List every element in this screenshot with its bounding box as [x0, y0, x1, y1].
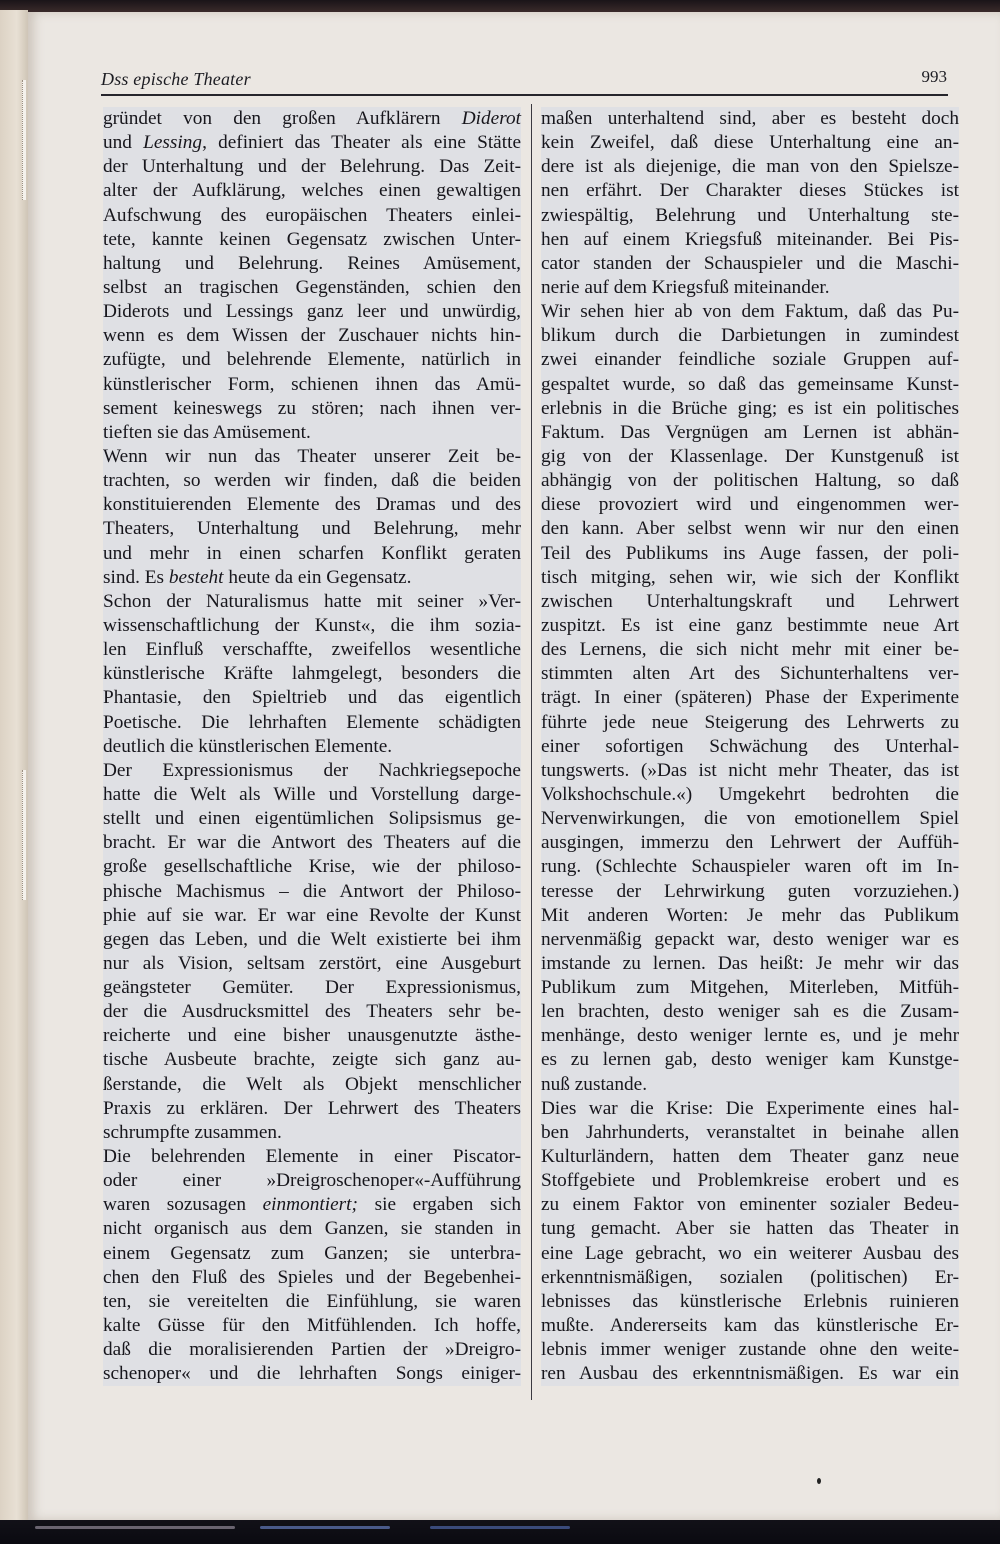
text-line: konstituierenden Elemente des Dramas und… [103, 493, 521, 517]
text-run: tisch mitging, sehen wir, wie sich der K… [541, 567, 959, 588]
text-line: tische Ausbeute brachte, zeigte sich gan… [103, 1048, 521, 1072]
paper-speck [817, 1478, 821, 1484]
text-run: zuspitzt. Es ist eine ganz bestimmte neu… [541, 615, 959, 636]
text-run: selbst an tragischen Gegenständen, schie… [103, 277, 521, 298]
text-line: len Einfluß verschaffte, zweifellos wese… [103, 638, 521, 662]
text-line: gig von der Klassenlage. Der Kunstgenuß … [541, 445, 959, 469]
text-line: Theaters, Unterhaltung und Belehrung, me… [103, 517, 521, 541]
italic-emphasis: besteht [169, 567, 224, 588]
text-run: menhänge, desto weniger lernte es, und j… [541, 1025, 959, 1046]
italic-emphasis: Diderot [462, 108, 521, 129]
text-line: gründet von den großen Aufklärern Didero… [103, 107, 521, 131]
text-run: schrumpfte zusammen. [103, 1122, 282, 1143]
text-run: stellt und einen eigentümlichen Solipsis… [103, 808, 521, 829]
text-line: schrumpfte zusammen. [103, 1121, 521, 1145]
text-line: reicherte und eine bisher unausgenutzte … [103, 1024, 521, 1048]
text-line: alter der Aufklärung, welches einen gewa… [103, 179, 521, 203]
text-run: zwischen Unterhaltungskraft und Lehrwert [541, 591, 959, 612]
text-run: tungswerts. (»Das ist nicht mehr Theater… [541, 760, 959, 781]
text-run: heute da ein Gegensatz. [224, 567, 412, 588]
text-column-right: maßen unterhaltend sind, aber es besteht… [541, 107, 959, 1386]
text-run: chen den Fluß des Spieles und der Begebe… [103, 1267, 521, 1288]
text-run: große gesellschaftliche Krise, wie der p… [103, 856, 521, 877]
text-run: lebnis immer weniger zustande ohne den w… [541, 1339, 959, 1360]
text-line: Stoffgebiete und Problemkreise erobert u… [541, 1169, 959, 1193]
text-run: nur als Vision, seltsam zerstört, eine A… [103, 953, 521, 974]
text-run: einem Gegensatz zum Ganzen; sie unterbra… [103, 1243, 521, 1264]
text-line: der die Ausdrucksmittel des Theaters seh… [103, 1000, 521, 1024]
text-line: trachten, so werden wir finden, daß die … [103, 469, 521, 493]
text-line: künstlerischer Form, schienen ihnen das … [103, 373, 521, 397]
text-line: nervenmäßig gepackt war, desto weniger w… [541, 928, 959, 952]
edge-reflection [430, 1526, 570, 1529]
text-line: blikum durch die Darbietungen in zuminde… [541, 324, 959, 348]
text-run: len brachten, desto weniger sah es die Z… [541, 1001, 959, 1022]
text-run: Nervenwirkungen, die von emotionellem Sp… [541, 808, 959, 829]
text-run: reicherte und eine bisher unausgenutzte … [103, 1025, 521, 1046]
text-run: führte jede neue Steigerung des Lehrwert… [541, 712, 959, 733]
text-run: erkenntnismäßigen, sozialen (politischen… [541, 1267, 959, 1288]
text-line: kalte Güsse für den Mitfühlenden. Ich ho… [103, 1314, 521, 1338]
text-line: tung gemacht. Aber sie hatten das Theate… [541, 1217, 959, 1241]
text-line: Der Expressionismus der Nachkriegsepoche [103, 759, 521, 783]
text-run: den kann. Aber selbst wenn wir nur den e… [541, 518, 959, 539]
text-line: Nervenwirkungen, die von emotionellem Sp… [541, 807, 959, 831]
text-run: nervenmäßig gepackt war, desto weniger w… [541, 929, 959, 950]
text-run: oder einer »Dreigroschenoper«-Aufführung [103, 1170, 521, 1191]
text-run: , definiert das Theater als eine Stätte [202, 132, 521, 153]
text-line: Poetische. Die lehrhaften Elemente schäd… [103, 711, 521, 735]
text-run: phie auf sie war. Er war eine Revolte de… [103, 905, 521, 926]
text-run: Theaters, Unterhaltung und Belehrung, me… [103, 518, 521, 539]
text-line: Die belehrenden Elemente in einer Piscat… [103, 1145, 521, 1169]
text-run: hen auf einem Kriegsfuß miteinander. Bei… [541, 229, 959, 250]
text-run: ben Jahrhunderts, veranstaltet in beinah… [541, 1122, 959, 1143]
text-line: abhängig von der politischen Haltung, so… [541, 469, 959, 493]
text-run: geängsteter Gemüter. Der Expressionismus… [103, 977, 521, 998]
text-run: deutlich die künstlerischen Elemente. [103, 736, 392, 757]
text-run: der die Ausdrucksmittel des Theaters seh… [103, 1001, 521, 1022]
text-line: Diderots und Lessings ganz leer und unwü… [103, 300, 521, 324]
text-line: geängsteter Gemüter. Der Expressionismus… [103, 976, 521, 1000]
text-line: Volkshochschule.«) Umgekehrt bedrohten d… [541, 783, 959, 807]
text-run: waren sozusagen [103, 1194, 263, 1215]
text-run: Poetische. Die lehrhaften Elemente schäd… [103, 712, 521, 733]
text-run: bracht. Er war die Antwort des Theaters … [103, 832, 521, 853]
header-rule [101, 94, 948, 96]
text-line: hen auf einem Kriegsfuß miteinander. Bei… [541, 228, 959, 252]
text-line: sement keineswegs zu stören; nach ihnen … [103, 397, 521, 421]
text-line: daß die moralisierenden Partien der »Dre… [103, 1338, 521, 1362]
running-title: Dss epische Theater [101, 69, 251, 90]
italic-emphasis: Lessing [143, 132, 202, 153]
text-run: eine Lage gebracht, wo ein weiterer Ausb… [541, 1243, 959, 1264]
text-run: ten, sie vereitelten die Einfühlung, sie… [103, 1291, 521, 1312]
text-line: einer sofortigen Schwächung des Unterhal… [541, 735, 959, 759]
text-line: nur als Vision, seltsam zerstört, eine A… [103, 952, 521, 976]
text-line: tieften sie das Amüsement. [103, 421, 521, 445]
text-run: erlebnis in die Brüche ging; es ist ein … [541, 398, 959, 419]
text-line: ausgingen, immerzu den Lehrwert der Auff… [541, 831, 959, 855]
text-run: es zu lernen gab, desto weniger kam Kuns… [541, 1049, 959, 1070]
text-line: tete, kannte keinen Gegensatz zwischen U… [103, 228, 521, 252]
text-run: zwiespältig, Belehrung und Unterhaltung … [541, 205, 959, 226]
text-line: zuspitzt. Es ist eine ganz bestimmte neu… [541, 614, 959, 638]
text-line: selbst an tragischen Gegenständen, schie… [103, 276, 521, 300]
text-run: Mit anderen Worten: Je mehr das Publikum [541, 905, 959, 926]
text-run: Der Expressionismus der Nachkriegsepoche [103, 760, 521, 781]
text-run: kein Zweifel, daß diese Unterhaltung ein… [541, 132, 959, 153]
text-line: tungswerts. (»Das ist nicht mehr Theater… [541, 759, 959, 783]
text-run: daß die moralisierenden Partien der »Dre… [103, 1339, 521, 1360]
text-line: es zu lernen gab, desto weniger kam Kuns… [541, 1048, 959, 1072]
text-line: Aufschwung des europäischen Theaters ein… [103, 204, 521, 228]
text-line: einem Gegensatz zum Ganzen; sie unterbra… [103, 1242, 521, 1266]
text-line: maßen unterhaltend sind, aber es besteht… [541, 107, 959, 131]
text-line: zwischen Unterhaltungskraft und Lehrwert [541, 590, 959, 614]
text-run: trägt. In einer (späteren) Phase der Exp… [541, 687, 959, 708]
text-line: stimmten alten Art des Sichunterhaltens … [541, 662, 959, 686]
text-run: Faktum. Das Vergnügen am Lernen ist abhä… [541, 422, 959, 443]
text-run: gegen das Leben, und die Welt existierte… [103, 929, 521, 950]
text-line: schenoper« und die lehrhaften Songs eini… [103, 1362, 521, 1386]
text-run: stimmten alten Art des Sichunterhaltens … [541, 663, 959, 684]
text-line: diese provoziert wird und eingenommen we… [541, 493, 959, 517]
text-run: kalte Güsse für den Mitfühlenden. Ich ho… [103, 1315, 521, 1336]
text-line: mußte. Andererseits kam das künstlerisch… [541, 1314, 959, 1338]
text-run: und [103, 132, 143, 153]
text-run: hatte die Welt als Wille und Vorstellung… [103, 784, 521, 805]
text-run: alter der Aufklärung, welches einen gewa… [103, 180, 521, 201]
text-line: Kulturländern, hatten dem Theater ganz n… [541, 1145, 959, 1169]
text-line: ten, sie vereitelten die Einfühlung, sie… [103, 1290, 521, 1314]
text-run: sind. Es [103, 567, 169, 588]
text-line: chen den Fluß des Spieles und der Begebe… [103, 1266, 521, 1290]
text-run: len Einfluß verschaffte, zweifellos wese… [103, 639, 521, 660]
text-run: dere ist als diejenige, die man von den … [541, 156, 959, 177]
text-run: Wir sehen hier ab von dem Faktum, daß da… [541, 301, 959, 322]
text-line: teresse der Lehrwirkung guten vorzuziehe… [541, 880, 959, 904]
text-run: Volkshochschule.«) Umgekehrt bedrohten d… [541, 784, 959, 805]
text-run: cator standen der Schauspieler und die M… [541, 253, 959, 274]
page-number: 993 [922, 67, 948, 87]
text-line: dere ist als diejenige, die man von den … [541, 155, 959, 179]
text-line: erlebnis in die Brüche ging; es ist ein … [541, 397, 959, 421]
text-run: des Lernens, die sich nicht mehr mit ein… [541, 639, 959, 660]
text-line: rung. (Schlechte Schauspieler waren oft … [541, 855, 959, 879]
text-line: wissenschaftlichung der Kunst«, die ihm … [103, 614, 521, 638]
binding-thread [22, 770, 26, 900]
text-run: und mehr in einen scharfen Konflikt gera… [103, 543, 521, 564]
text-run: sement keineswegs zu stören; nach ihnen … [103, 398, 521, 419]
text-line: und mehr in einen scharfen Konflikt gera… [103, 542, 521, 566]
text-run: nicht organisch aus dem Ganzen, sie stan… [103, 1218, 521, 1239]
text-run: nerie auf dem Kriegsfuß miteinander. [541, 277, 830, 298]
text-line: Publikum zum Mitgehen, Miterleben, Mitfü… [541, 976, 959, 1000]
text-line: des Lernens, die sich nicht mehr mit ein… [541, 638, 959, 662]
text-line: hatte die Welt als Wille und Vorstellung… [103, 783, 521, 807]
text-run: Praxis zu erklären. Der Lehrwert des The… [103, 1098, 521, 1119]
text-line: phie auf sie war. Er war eine Revolte de… [103, 904, 521, 928]
text-line: oder einer »Dreigroschenoper«-Aufführung [103, 1169, 521, 1193]
text-run: Phantasie, den Spieltrieb und das eigent… [103, 687, 521, 708]
text-line: eine Lage gebracht, wo ein weiterer Ausb… [541, 1242, 959, 1266]
text-line: Wenn wir nun das Theater unserer Zeit be… [103, 445, 521, 469]
edge-reflection [260, 1526, 390, 1529]
text-line: cator standen der Schauspieler und die M… [541, 252, 959, 276]
text-line: erkenntnismäßigen, sozialen (politischen… [541, 1266, 959, 1290]
text-run: Wenn wir nun das Theater unserer Zeit be… [103, 446, 521, 467]
text-line: ßerstande, die Welt als Objekt menschlic… [103, 1073, 521, 1097]
text-line: gespaltet wurde, so daß das gemeinsame K… [541, 373, 959, 397]
text-line: wenn es dem Wissen der Zuschauer nichts … [103, 324, 521, 348]
text-line: deutlich die künstlerischen Elemente. [103, 735, 521, 759]
book-gutter [0, 10, 28, 1530]
book-bottom-edge [0, 1520, 1000, 1544]
text-line: gegen das Leben, und die Welt existierte… [103, 928, 521, 952]
column-divider [531, 104, 532, 1400]
text-run: schenoper« und die lehrhaften Songs eini… [103, 1363, 521, 1384]
text-run: rung. (Schlechte Schauspieler waren oft … [541, 856, 959, 877]
text-line: ren Ausbau des erkenntnismäßigen. Es war… [541, 1362, 959, 1386]
running-head: Dss epische Theater 993 [101, 66, 951, 94]
text-line: haltung und Belehrung. Reines Amüsement, [103, 252, 521, 276]
text-run: maßen unterhaltend sind, aber es besteht… [541, 108, 959, 129]
text-run: künstlerischer Form, schienen ihnen das … [103, 374, 521, 395]
text-line: nuß zustande. [541, 1073, 959, 1097]
text-line: len brachten, desto weniger sah es die Z… [541, 1000, 959, 1024]
text-line: phische Machismus – die Antwort der Phil… [103, 880, 521, 904]
text-line: zwiespältig, Belehrung und Unterhaltung … [541, 204, 959, 228]
text-line: zufügte, und belehrende Elemente, natürl… [103, 348, 521, 372]
text-run: abhängig von der politischen Haltung, so… [541, 470, 959, 491]
text-run: nen erfährt. Der Charakter dieses Stücke… [541, 180, 959, 201]
text-run: gig von der Klassenlage. Der Kunstgenuß … [541, 446, 959, 467]
text-line: Praxis zu erklären. Der Lehrwert des The… [103, 1097, 521, 1121]
text-line: kein Zweifel, daß diese Unterhaltung ein… [541, 131, 959, 155]
text-run: gespaltet wurde, so daß das gemeinsame K… [541, 374, 959, 395]
text-run: imstande zu lernen. Das heißt: Je mehr w… [541, 953, 959, 974]
text-run: gründet von den großen Aufklärern [103, 108, 462, 129]
text-run: zu einem Faktor von eminenter sozialer B… [541, 1194, 959, 1215]
text-line: bracht. Er war die Antwort des Theaters … [103, 831, 521, 855]
text-line: Dies war die Krise: Die Experimente eine… [541, 1097, 959, 1121]
text-run: mußte. Andererseits kam das künstlerisch… [541, 1315, 959, 1336]
text-run: tete, kannte keinen Gegensatz zwischen U… [103, 229, 521, 250]
text-line: menhänge, desto weniger lernte es, und j… [541, 1024, 959, 1048]
text-run: sie ergaben sich [358, 1194, 521, 1215]
text-run: haltung und Belehrung. Reines Amüsement, [103, 253, 521, 274]
text-line: nerie auf dem Kriegsfuß miteinander. [541, 276, 959, 300]
text-line: künstlerische Kräfte lahmgelegt, besonde… [103, 662, 521, 686]
text-run: Die belehrenden Elemente in einer Piscat… [103, 1146, 521, 1167]
text-line: und Lessing, definiert das Theater als e… [103, 131, 521, 155]
text-line: nen erfährt. Der Charakter dieses Stücke… [541, 179, 959, 203]
text-run: tung gemacht. Aber sie hatten das Theate… [541, 1218, 959, 1239]
edge-reflection [35, 1526, 235, 1529]
text-run: lebnisses das künstlerische Erlebnis rui… [541, 1291, 959, 1312]
text-line: Teil des Publikums ins Auge fassen, der … [541, 542, 959, 566]
text-line: den kann. Aber selbst wenn wir nur den e… [541, 517, 959, 541]
text-run: künstlerische Kräfte lahmgelegt, besonde… [103, 663, 521, 684]
text-line: Schon der Naturalismus hatte mit seiner … [103, 590, 521, 614]
text-run: Publikum zum Mitgehen, Miterleben, Mitfü… [541, 977, 959, 998]
text-run: wissenschaftlichung der Kunst«, die ihm … [103, 615, 521, 636]
text-line: tisch mitging, sehen wir, wie sich der K… [541, 566, 959, 590]
text-line: führte jede neue Steigerung des Lehrwert… [541, 711, 959, 735]
text-line: trägt. In einer (späteren) Phase der Exp… [541, 686, 959, 710]
text-run: der Unterhaltung und der Belehrung. Das … [103, 156, 521, 177]
text-line: Wir sehen hier ab von dem Faktum, daß da… [541, 300, 959, 324]
text-run: wenn es dem Wissen der Zuschauer nichts … [103, 325, 521, 346]
text-run: trachten, so werden wir finden, daß die … [103, 470, 521, 491]
text-run: nuß zustande. [541, 1074, 647, 1095]
text-run: zwei einander feindliche soziale Gruppen… [541, 349, 959, 370]
binding-thread [22, 80, 26, 200]
text-run: Schon der Naturalismus hatte mit seiner … [103, 591, 521, 612]
italic-emphasis: einmontiert; [263, 1194, 358, 1215]
text-run: ßerstande, die Welt als Objekt menschlic… [103, 1074, 521, 1095]
text-line: zu einem Faktor von eminenter sozialer B… [541, 1193, 959, 1217]
text-run: Kulturländern, hatten dem Theater ganz n… [541, 1146, 959, 1167]
text-line: stellt und einen eigentümlichen Solipsis… [103, 807, 521, 831]
text-run: diese provoziert wird und eingenommen we… [541, 494, 959, 515]
text-line: zwei einander feindliche soziale Gruppen… [541, 348, 959, 372]
text-line: Faktum. Das Vergnügen am Lernen ist abhä… [541, 421, 959, 445]
text-line: lebnis immer weniger zustande ohne den w… [541, 1338, 959, 1362]
text-run: Aufschwung des europäischen Theaters ein… [103, 205, 521, 226]
text-line: Mit anderen Worten: Je mehr das Publikum [541, 904, 959, 928]
text-run: teresse der Lehrwirkung guten vorzuziehe… [541, 881, 959, 902]
text-run: einer sofortigen Schwächung des Unterhal… [541, 736, 959, 757]
text-column-left: gründet von den großen Aufklärern Didero… [103, 107, 521, 1386]
text-line: nicht organisch aus dem Ganzen, sie stan… [103, 1217, 521, 1241]
text-run: zufügte, und belehrende Elemente, natürl… [103, 349, 521, 370]
text-run: phische Machismus – die Antwort der Phil… [103, 881, 521, 902]
text-line: waren sozusagen einmontiert; sie ergaben… [103, 1193, 521, 1217]
text-run: tische Ausbeute brachte, zeigte sich gan… [103, 1049, 521, 1070]
text-run: Dies war die Krise: Die Experimente eine… [541, 1098, 959, 1119]
text-run: tieften sie das Amüsement. [103, 422, 311, 443]
text-line: große gesellschaftliche Krise, wie der p… [103, 855, 521, 879]
text-line: Phantasie, den Spieltrieb und das eigent… [103, 686, 521, 710]
text-line: lebnisses das künstlerische Erlebnis rui… [541, 1290, 959, 1314]
text-line: ben Jahrhunderts, veranstaltet in beinah… [541, 1121, 959, 1145]
text-run: konstituierenden Elemente des Dramas und… [103, 494, 521, 515]
text-run: Teil des Publikums ins Auge fassen, der … [541, 543, 959, 564]
text-run: ren Ausbau des erkenntnismäßigen. Es war… [541, 1363, 959, 1384]
text-run: Diderots und Lessings ganz leer und unwü… [103, 301, 521, 322]
book-top-edge [0, 0, 1000, 12]
text-run: Stoffgebiete und Problemkreise erobert u… [541, 1170, 959, 1191]
text-line: sind. Es besteht heute da ein Gegensatz. [103, 566, 521, 590]
text-run: blikum durch die Darbietungen in zuminde… [541, 325, 959, 346]
text-line: imstande zu lernen. Das heißt: Je mehr w… [541, 952, 959, 976]
text-run: ausgingen, immerzu den Lehrwert der Auff… [541, 832, 959, 853]
text-line: der Unterhaltung und der Belehrung. Das … [103, 155, 521, 179]
